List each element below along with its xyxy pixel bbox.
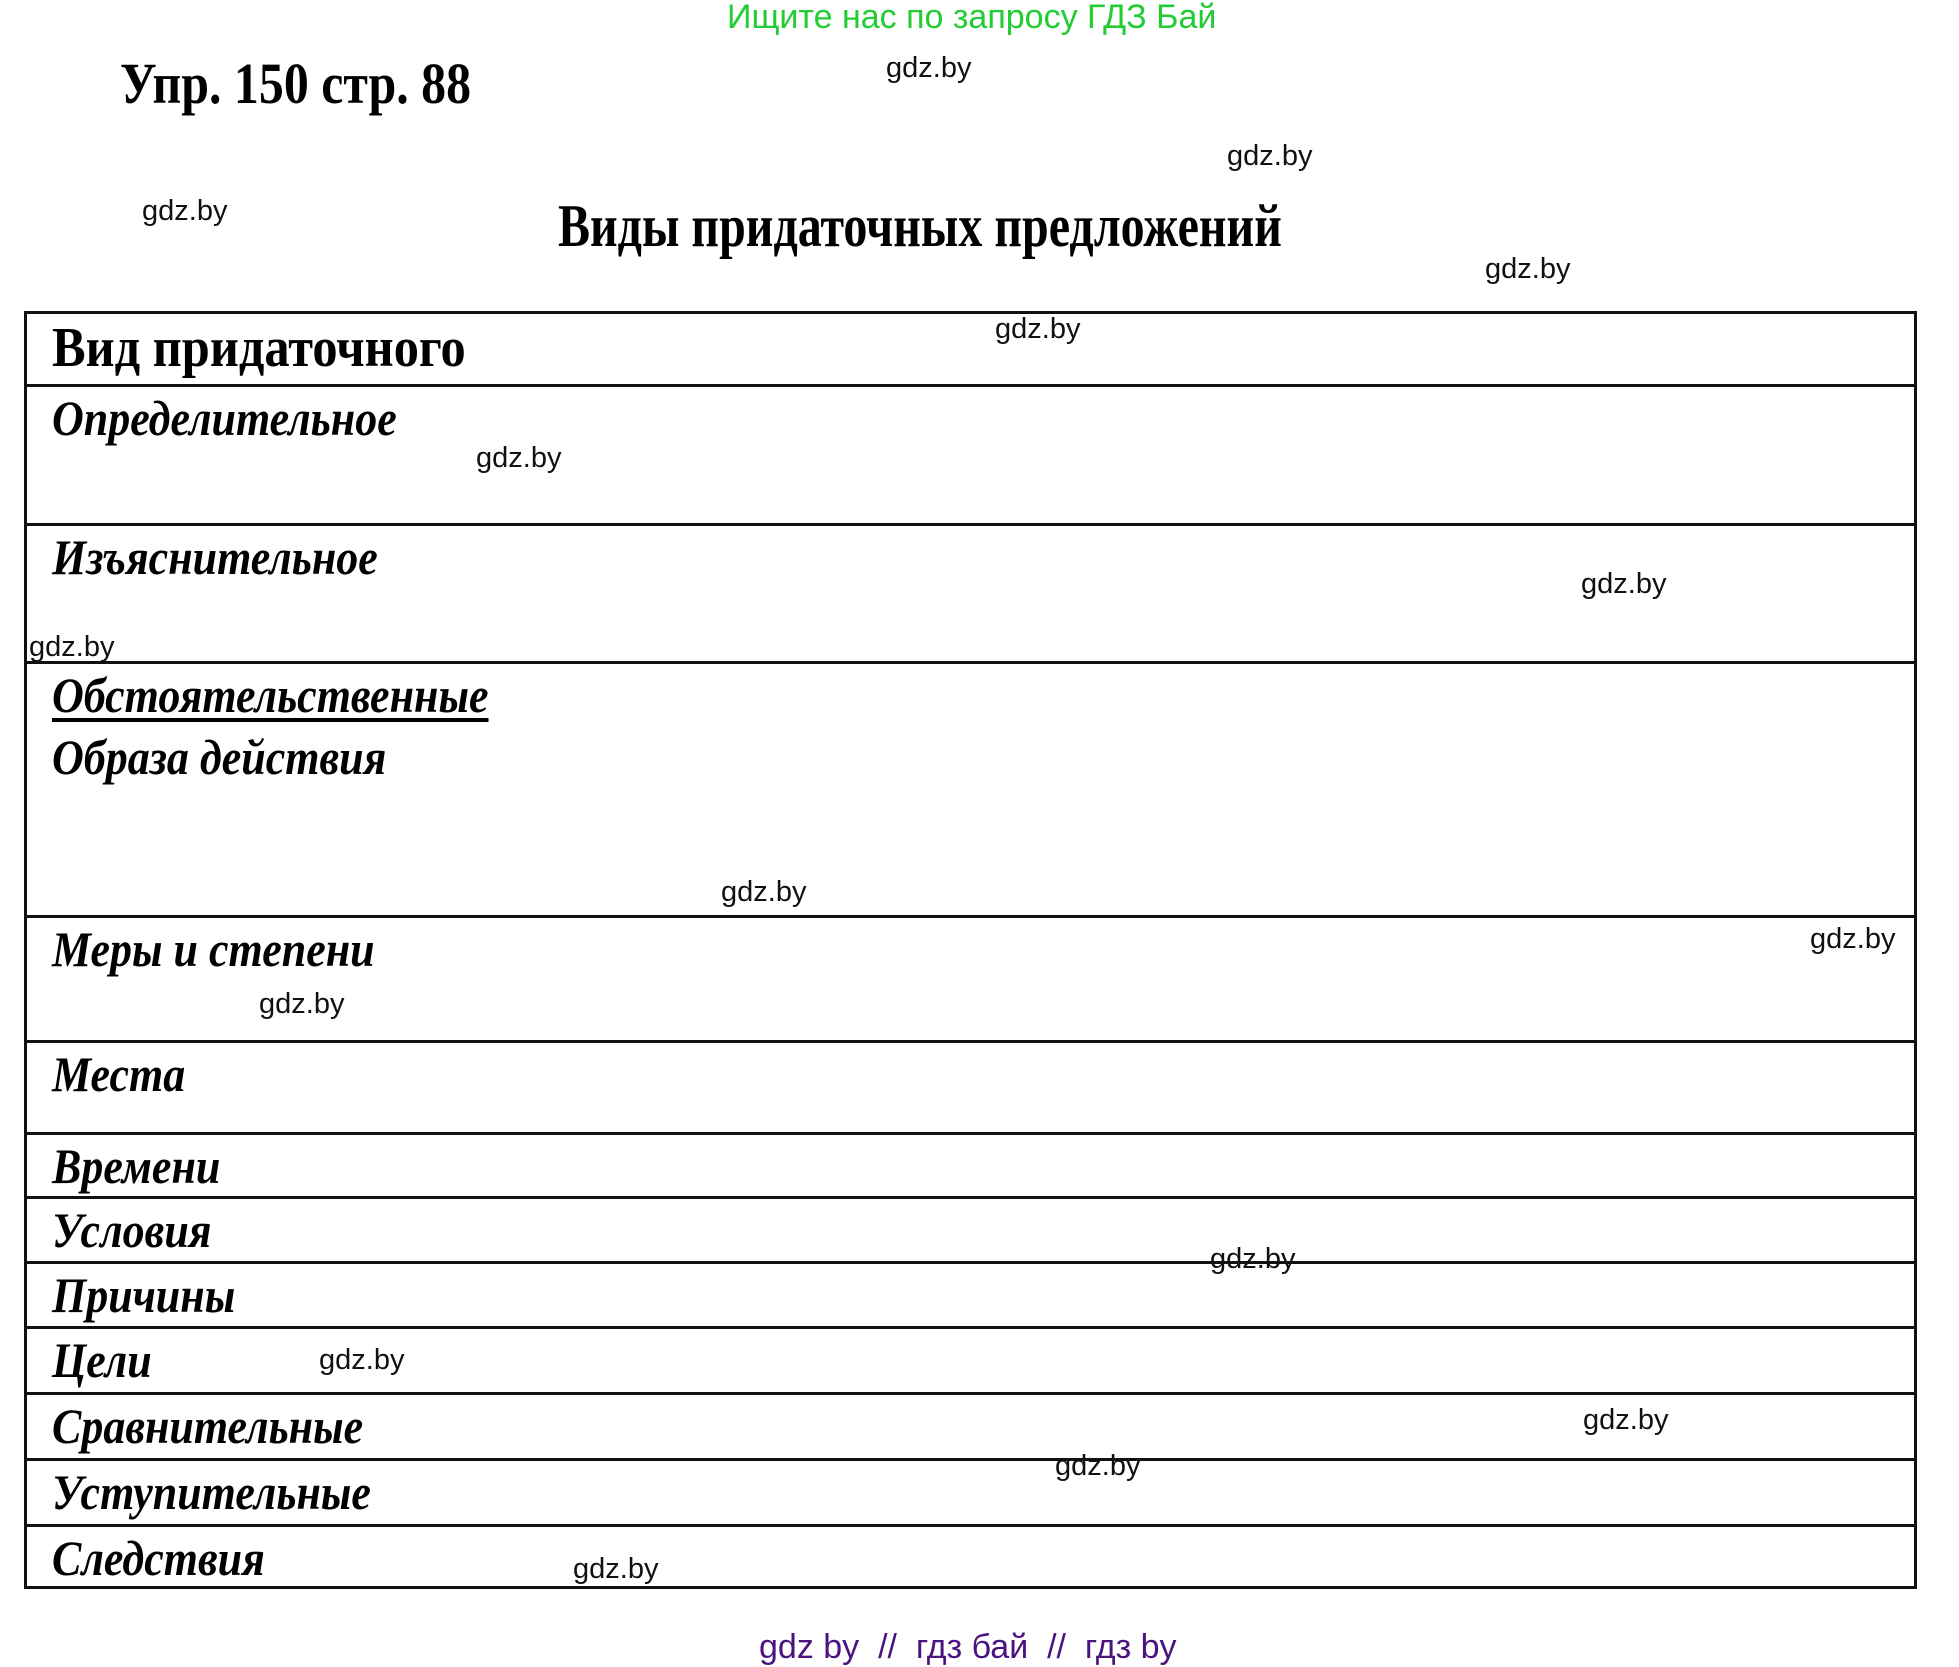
watermark: gdz.by — [1810, 923, 1895, 956]
watermark: gdz.by — [721, 876, 806, 909]
row-label-adverbial: Обстоятельственные — [52, 666, 489, 724]
table-header-row: Вид придаточного — [27, 314, 1914, 384]
table-row: Определительное — [27, 384, 1914, 523]
watermark: gdz.by — [1210, 1243, 1295, 1276]
table-header-cell: Вид придаточного — [52, 316, 466, 380]
watermark: gdz.by — [1227, 140, 1312, 173]
table-row: Меры и степени — [27, 915, 1914, 1040]
watermark: gdz.by — [995, 313, 1080, 346]
table-row: Условия — [27, 1196, 1914, 1261]
watermark: gdz.by — [319, 1344, 404, 1377]
row-label-concessive: Уступительные — [52, 1463, 371, 1521]
footer-links: gdz by // гдз бай // гдз by — [759, 1628, 1177, 1667]
table-row: Уступительные — [27, 1458, 1914, 1524]
promo-banner: Ищите нас по запросу ГДЗ Бай — [727, 0, 1216, 37]
table-title: Виды придаточных предложений — [558, 192, 1282, 261]
watermark: gdz.by — [1583, 1404, 1668, 1437]
watermark: gdz.by — [259, 988, 344, 1021]
row-label-explanatory: Изъяснительное — [52, 528, 378, 586]
row-label-cause: Причины — [52, 1266, 235, 1324]
exercise-title: Упр. 150 стр. 88 — [120, 50, 471, 117]
table-row: Времени — [27, 1132, 1914, 1196]
row-label-measure-degree: Меры и степени — [52, 920, 375, 978]
table-row: Места — [27, 1040, 1914, 1132]
row-label-place: Места — [52, 1045, 185, 1103]
watermark: gdz.by — [476, 442, 561, 475]
row-label-attributive: Определительное — [52, 389, 397, 447]
watermark: gdz.by — [1055, 1450, 1140, 1483]
row-label-purpose: Цели — [52, 1331, 152, 1389]
watermark: gdz.by — [1485, 253, 1570, 286]
watermark: gdz.by — [886, 52, 971, 85]
row-sublabel-manner: Образа действия — [52, 728, 386, 786]
row-label-consequence: Следствия — [52, 1529, 265, 1587]
row-label-comparative: Сравнительные — [52, 1397, 363, 1455]
table-row: Следствия — [27, 1524, 1914, 1586]
row-label-condition: Условия — [52, 1201, 211, 1259]
watermark: gdz.by — [1581, 568, 1666, 601]
table-row: Обстоятельственные Образа действия — [27, 661, 1914, 915]
watermark: gdz.by — [573, 1553, 658, 1586]
table-row: Цели — [27, 1326, 1914, 1392]
clause-types-table: Вид придаточного Определительное Изъясни… — [24, 311, 1917, 1589]
watermark: gdz.by — [29, 631, 114, 664]
watermark: gdz.by — [142, 195, 227, 228]
table-row: Причины — [27, 1261, 1914, 1326]
row-label-time: Времени — [52, 1137, 220, 1195]
